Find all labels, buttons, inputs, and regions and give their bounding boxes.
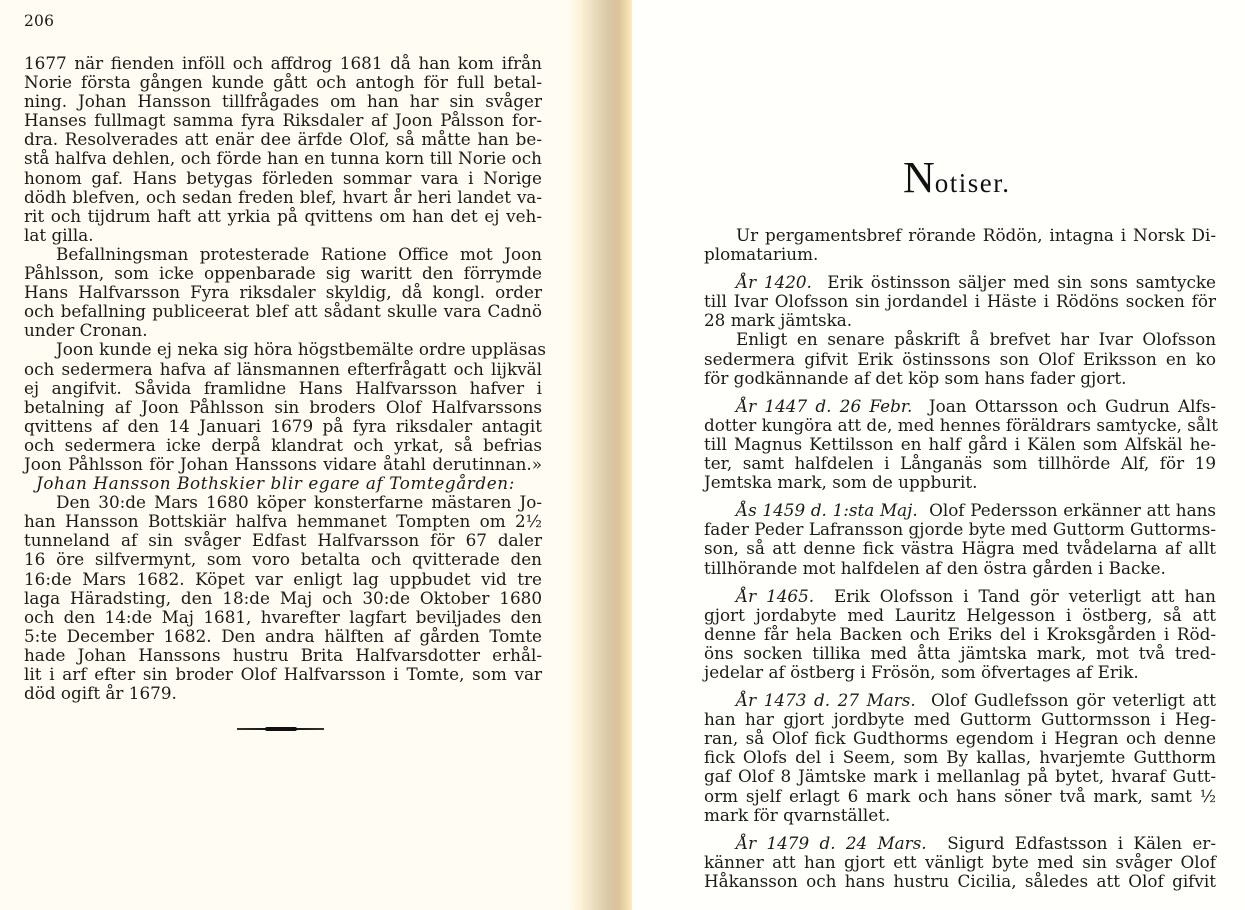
book-spread: 206 1677 när fienden inföll och affdrog … (0, 0, 1245, 910)
text-line: Hans Halfvarsson Fyra riksdaler skyldig,… (24, 283, 542, 302)
text-line: för godkännande af det köp som hans fade… (704, 369, 1216, 388)
entry-first-line: År 1479 d. 24 Mars. Sigurd Edfastsson i … (704, 834, 1216, 853)
text-line: känner att han gjort ett vänligt byte me… (704, 853, 1216, 872)
entry-date: År 1447 d. 26 Febr. (736, 396, 912, 416)
text-line: död ogift år 1679. (24, 684, 542, 703)
entry-text: Erik östinsson säljer med sin sons samty… (827, 272, 1216, 292)
text-line: till Magnus Kettilsson en half gård i Kä… (704, 435, 1216, 454)
text-line: Norie första gången kunde gått och antog… (24, 73, 542, 92)
paragraph: 1677 när fienden inföll och affdrog 1681… (24, 54, 542, 245)
text-line: Joon kunde ej neka sig höra högstbemälte… (24, 340, 542, 359)
text-line: ter, samt halfdelen i Långanäs som tillh… (704, 454, 1216, 473)
paragraph: Den 30:de Mars 1680 köper konsterfarne m… (24, 493, 542, 703)
notice-entry: År 1420. Erik östinsson säljer med sin s… (704, 273, 1216, 388)
text-line: Hanses fullmagt samma fyra Riksdaler af … (24, 111, 542, 130)
notice-entry: År 1447 d. 26 Febr. Joan Ottarsson och G… (704, 397, 1216, 492)
paragraph: Befallningsman protesterade Ratione Offi… (24, 245, 542, 340)
text-line: ej angifvit. Såvida framlidne Hans Halfv… (24, 379, 542, 398)
book-spine-gutter (568, 0, 638, 910)
section-subheading: Johan Hansson Bothskier blir egare af To… (24, 474, 542, 493)
text-line: denne får hela Backen och Eriks del i Kr… (704, 625, 1216, 644)
text-line: Befallningsman protesterade Ratione Offi… (24, 245, 542, 264)
text-line: dödh blefven, och sedan freden blef, hva… (24, 188, 542, 207)
text-line: plomatarium. (704, 245, 1216, 264)
text-line: och den 14:de Maj 1681, hvarefter lagfar… (24, 608, 542, 627)
text-line: qvittens af den 14 Januari 1679 på fyra … (24, 417, 542, 436)
left-page: 206 1677 när fienden inföll och affdrog … (0, 0, 600, 910)
text-line: honom gaf. Hans betygas förleden sommar … (24, 169, 542, 188)
entry-text: Olof Pedersson erkänner att hans (929, 500, 1216, 520)
text-line: 16:de Mars 1682. Köpet var enligt lag up… (24, 570, 542, 589)
text-line: 28 mark jämtska. (704, 311, 1216, 330)
text-line: 5:te December 1682. Den andra hälften af… (24, 627, 542, 646)
text-line: och befallning publiceerat blef att såda… (24, 302, 542, 321)
text-line: tunneland af sin svåger Edfast Halfvarss… (24, 531, 542, 550)
text-line: och sedermera hafva af länsmannen efterf… (24, 360, 542, 379)
text-line: fick Olofs del i Seem, som By kallas, hv… (704, 748, 1216, 767)
text-line: Håkansson och hans hustru Cicilia, såled… (704, 872, 1216, 891)
text-line: lit i arf efter sin broder Olof Halfvars… (24, 665, 542, 684)
text-line: han har gjort jordbyte med Guttorm Gutto… (704, 710, 1216, 729)
text-line: Jemtska mark, som de uppburit. (704, 473, 1216, 492)
text-line: och sedermera icke derpå klandrat och yr… (24, 436, 542, 455)
text-line: ran, så Olof fick Gudthorms egendom i He… (704, 729, 1216, 748)
text-line: 1677 när fienden inföll och affdrog 1681… (24, 54, 542, 73)
entry-date: År 1479 d. 24 Mars. (736, 833, 927, 853)
notice-entry: År 1473 d. 27 Mars. Olof Gudlefsson gör … (704, 691, 1216, 825)
entry-date: År 1473 d. 27 Mars. (736, 690, 916, 710)
text-line: dotter kungöra att de, med hennes föräld… (704, 416, 1216, 435)
text-line: Den 30:de Mars 1680 köper konsterfarne m… (24, 493, 542, 512)
text-line: fader Peder Lafransson gjorde byte med G… (704, 520, 1216, 539)
notice-entry: Ås 1459 d. 1:sta Maj. Olof Pedersson erk… (704, 501, 1216, 577)
text-line: dra. Resolverades att enär dee ärfde Olo… (24, 130, 542, 149)
right-page-body: Ur pergamentsbref rörande Rödön, intagna… (704, 226, 1216, 891)
text-line: ning. Johan Hansson tillfrågades om han … (24, 92, 542, 111)
text-line: hade Johan Hanssons hustru Brita Halfvar… (24, 646, 542, 665)
text-line: Enligt en senare påskrift å brefvet har … (704, 330, 1216, 349)
page-number: 206 (24, 12, 54, 30)
text-line: öns socken tillika med åtta jämtska mark… (704, 644, 1216, 663)
entry-text: Olof Gudlefsson gör veterligt att (931, 690, 1216, 710)
entry-text: Joan Ottarsson och Gudrun Alfs- (929, 396, 1216, 416)
notice-entry: År 1465. Erik Olofsson i Tand gör veterl… (704, 587, 1216, 682)
entry-first-line: Ås 1459 d. 1:sta Maj. Olof Pedersson erk… (704, 501, 1216, 520)
heading-text: otiser. (935, 168, 1011, 198)
text-line: han Hansson Bottskiär halfva hemmanet To… (24, 512, 542, 531)
entry-date: År 1465. (736, 586, 814, 606)
entry-date: Ås 1459 d. 1:sta Maj. (736, 500, 918, 520)
heading-initial: N (903, 153, 935, 202)
text-line: 16 öre silfvermynt, som voro betalta och… (24, 550, 542, 569)
entry-date: År 1420. (736, 272, 812, 292)
entry-first-line: År 1447 d. 26 Febr. Joan Ottarsson och G… (704, 397, 1216, 416)
section-end-rule (237, 728, 324, 730)
text-line: orm sjelf erlagt 6 mark och hans söner t… (704, 787, 1216, 806)
text-line: Ur pergamentsbref rörande Rödön, intagna… (704, 226, 1216, 245)
paragraph: Joon kunde ej neka sig höra högstbemälte… (24, 340, 542, 474)
entry-first-line: År 1420. Erik östinsson säljer med sin s… (704, 273, 1216, 292)
chapter-heading: Notiser. (903, 152, 1011, 203)
text-line: mark för qvarnstället. (704, 806, 1216, 825)
entry-text: Sigurd Edfastsson i Kälen er- (947, 833, 1216, 853)
text-line: gjort jordabyte med Lauritz Helgesson i … (704, 606, 1216, 625)
text-line: jedelar af östberg i Frösön, som öfverta… (704, 663, 1216, 682)
text-line: betalning af Joon Påhlsson sin broders O… (24, 398, 542, 417)
text-line: son, så att denne fick västra Hägra med … (704, 539, 1216, 558)
text-line: sedermera gifvit Erik östinssons son Olo… (704, 350, 1216, 369)
text-line: tillhörande mot halfdelen af den östra g… (704, 559, 1216, 578)
left-page-body: 1677 när fienden inföll och affdrog 1681… (24, 54, 542, 703)
intro-paragraph: Ur pergamentsbref rörande Rödön, intagna… (704, 226, 1216, 264)
text-line: under Cronan. (24, 321, 542, 340)
text-line: laga Häradsting, den 18:de Maj och 30:de… (24, 589, 542, 608)
text-line: lat gilla. (24, 226, 542, 245)
entry-first-line: År 1465. Erik Olofsson i Tand gör veterl… (704, 587, 1216, 606)
text-line: gaf Olof 8 Jämtske mark i mellanlag på b… (704, 767, 1216, 786)
notice-entry: År 1479 d. 24 Mars. Sigurd Edfastsson i … (704, 834, 1216, 891)
entry-text: Erik Olofsson i Tand gör veterligt att h… (834, 586, 1216, 606)
text-line: till Ivar Olofsson sin jordandel i Häste… (704, 292, 1216, 311)
text-line: Joon Påhlsson för Johan Hanssons vidare … (24, 455, 542, 474)
entry-first-line: År 1473 d. 27 Mars. Olof Gudlefsson gör … (704, 691, 1216, 710)
text-line: rit och tijdrum haft att yrkia på qvitte… (24, 207, 542, 226)
text-line: stå halfva dehlen, och förde han en tunn… (24, 149, 542, 168)
text-line: Påhlsson, som icke oppenbarade sig warit… (24, 264, 542, 283)
